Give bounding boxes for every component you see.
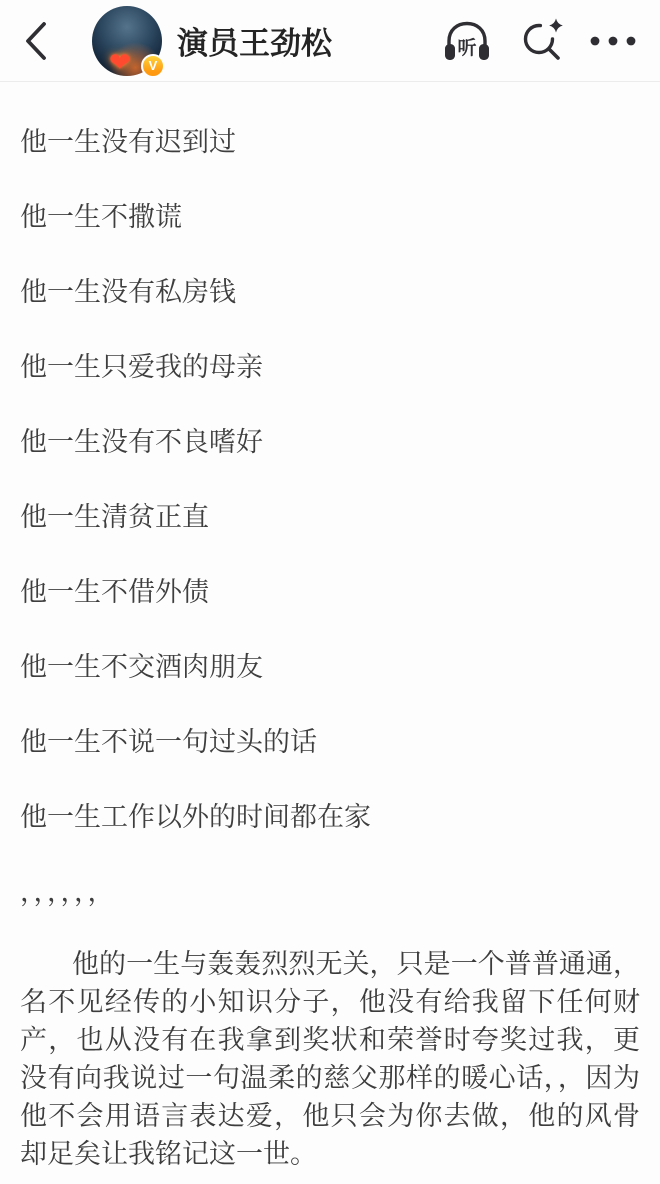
post-line: 他一生不借外债 [20,576,640,609]
profile-name[interactable]: 演员王劲松 [177,18,332,63]
post-line: 他一生不撒谎 [20,201,640,234]
navbar: ❤ V 演员王劲松 听 [0,0,660,82]
post-line: 他一生清贫正直 [20,501,640,534]
post-line: 他一生工作以外的时间都在家 [20,801,640,834]
listen-button[interactable]: 听 [441,18,493,64]
ellipsis-icon [590,36,636,46]
navbar-actions: 听 [441,17,636,64]
comma-separator-line: ，，，，，， [20,876,640,909]
headphones-listen-icon: 听 [441,18,493,64]
verified-badge-icon: V [141,54,165,78]
post-line: 他一生没有私房钱 [20,276,640,309]
search-sparkle-icon [518,17,565,64]
post-line: 他一生没有迟到过 [20,82,640,159]
heart-icon: ❤ [109,47,131,76]
article-screen: ❤ V 演员王劲松 听 [0,0,660,1184]
chevron-left-icon [23,20,49,62]
post-paragraph: 他的一生与轰轰烈烈无关，只是一个普普通通，名不见经传的小知识分子，他没有给我留下… [20,945,640,1173]
post-line: 他一生不交酒肉朋友 [20,651,640,684]
more-button[interactable] [590,36,636,46]
ai-search-button[interactable] [518,17,565,64]
post-line: 他一生不说一句过头的话 [20,726,640,759]
post-content: 他一生没有迟到过 他一生不撒谎 他一生没有私房钱 他一生只爱我的母亲 他一生没有… [0,82,660,1173]
avatar[interactable]: ❤ V [92,6,162,76]
post-line: 他一生只爱我的母亲 [20,351,640,384]
post-line: 他一生没有不良嗜好 [20,426,640,459]
back-button[interactable] [22,20,50,62]
svg-text:听: 听 [457,36,476,59]
